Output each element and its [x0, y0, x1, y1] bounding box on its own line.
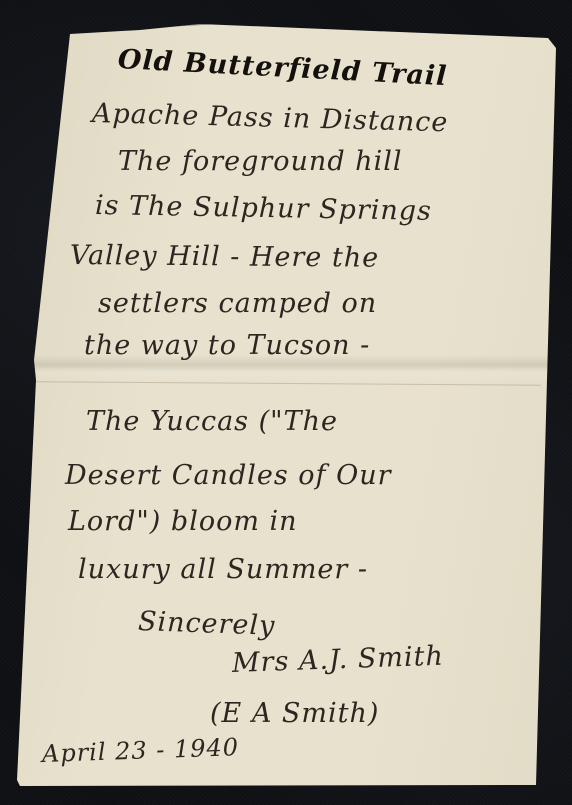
- note-line: The Yuccas ("The: [86, 408, 338, 435]
- note-line: Valley Hill - Here the: [70, 242, 379, 272]
- handwritten-note-paper: Old Butterfield Trail Apache Pass in Dis…: [0, 0, 572, 805]
- note-line: settlers camped on: [98, 290, 377, 317]
- note-line-title: Old Butterfield Trail: [117, 46, 448, 90]
- note-signature-alt: (E A Smith): [210, 700, 379, 727]
- note-line: The foreground hill: [118, 148, 402, 175]
- note-line: luxury all Summer -: [78, 556, 368, 583]
- note-line: Desert Candles of Our: [65, 462, 392, 489]
- paper-fold-crease: [36, 381, 541, 386]
- note-line: Apache Pass in Distance: [92, 100, 449, 136]
- note-closing: Sincerely: [138, 608, 276, 640]
- note-line: is The Sulphur Springs: [95, 192, 432, 225]
- note-date: April 23 - 1940: [42, 735, 240, 766]
- note-line: Lord") bloom in: [68, 508, 298, 535]
- note-signature: Mrs A.J. Smith: [232, 643, 445, 677]
- note-line: the way to Tucson -: [84, 332, 370, 359]
